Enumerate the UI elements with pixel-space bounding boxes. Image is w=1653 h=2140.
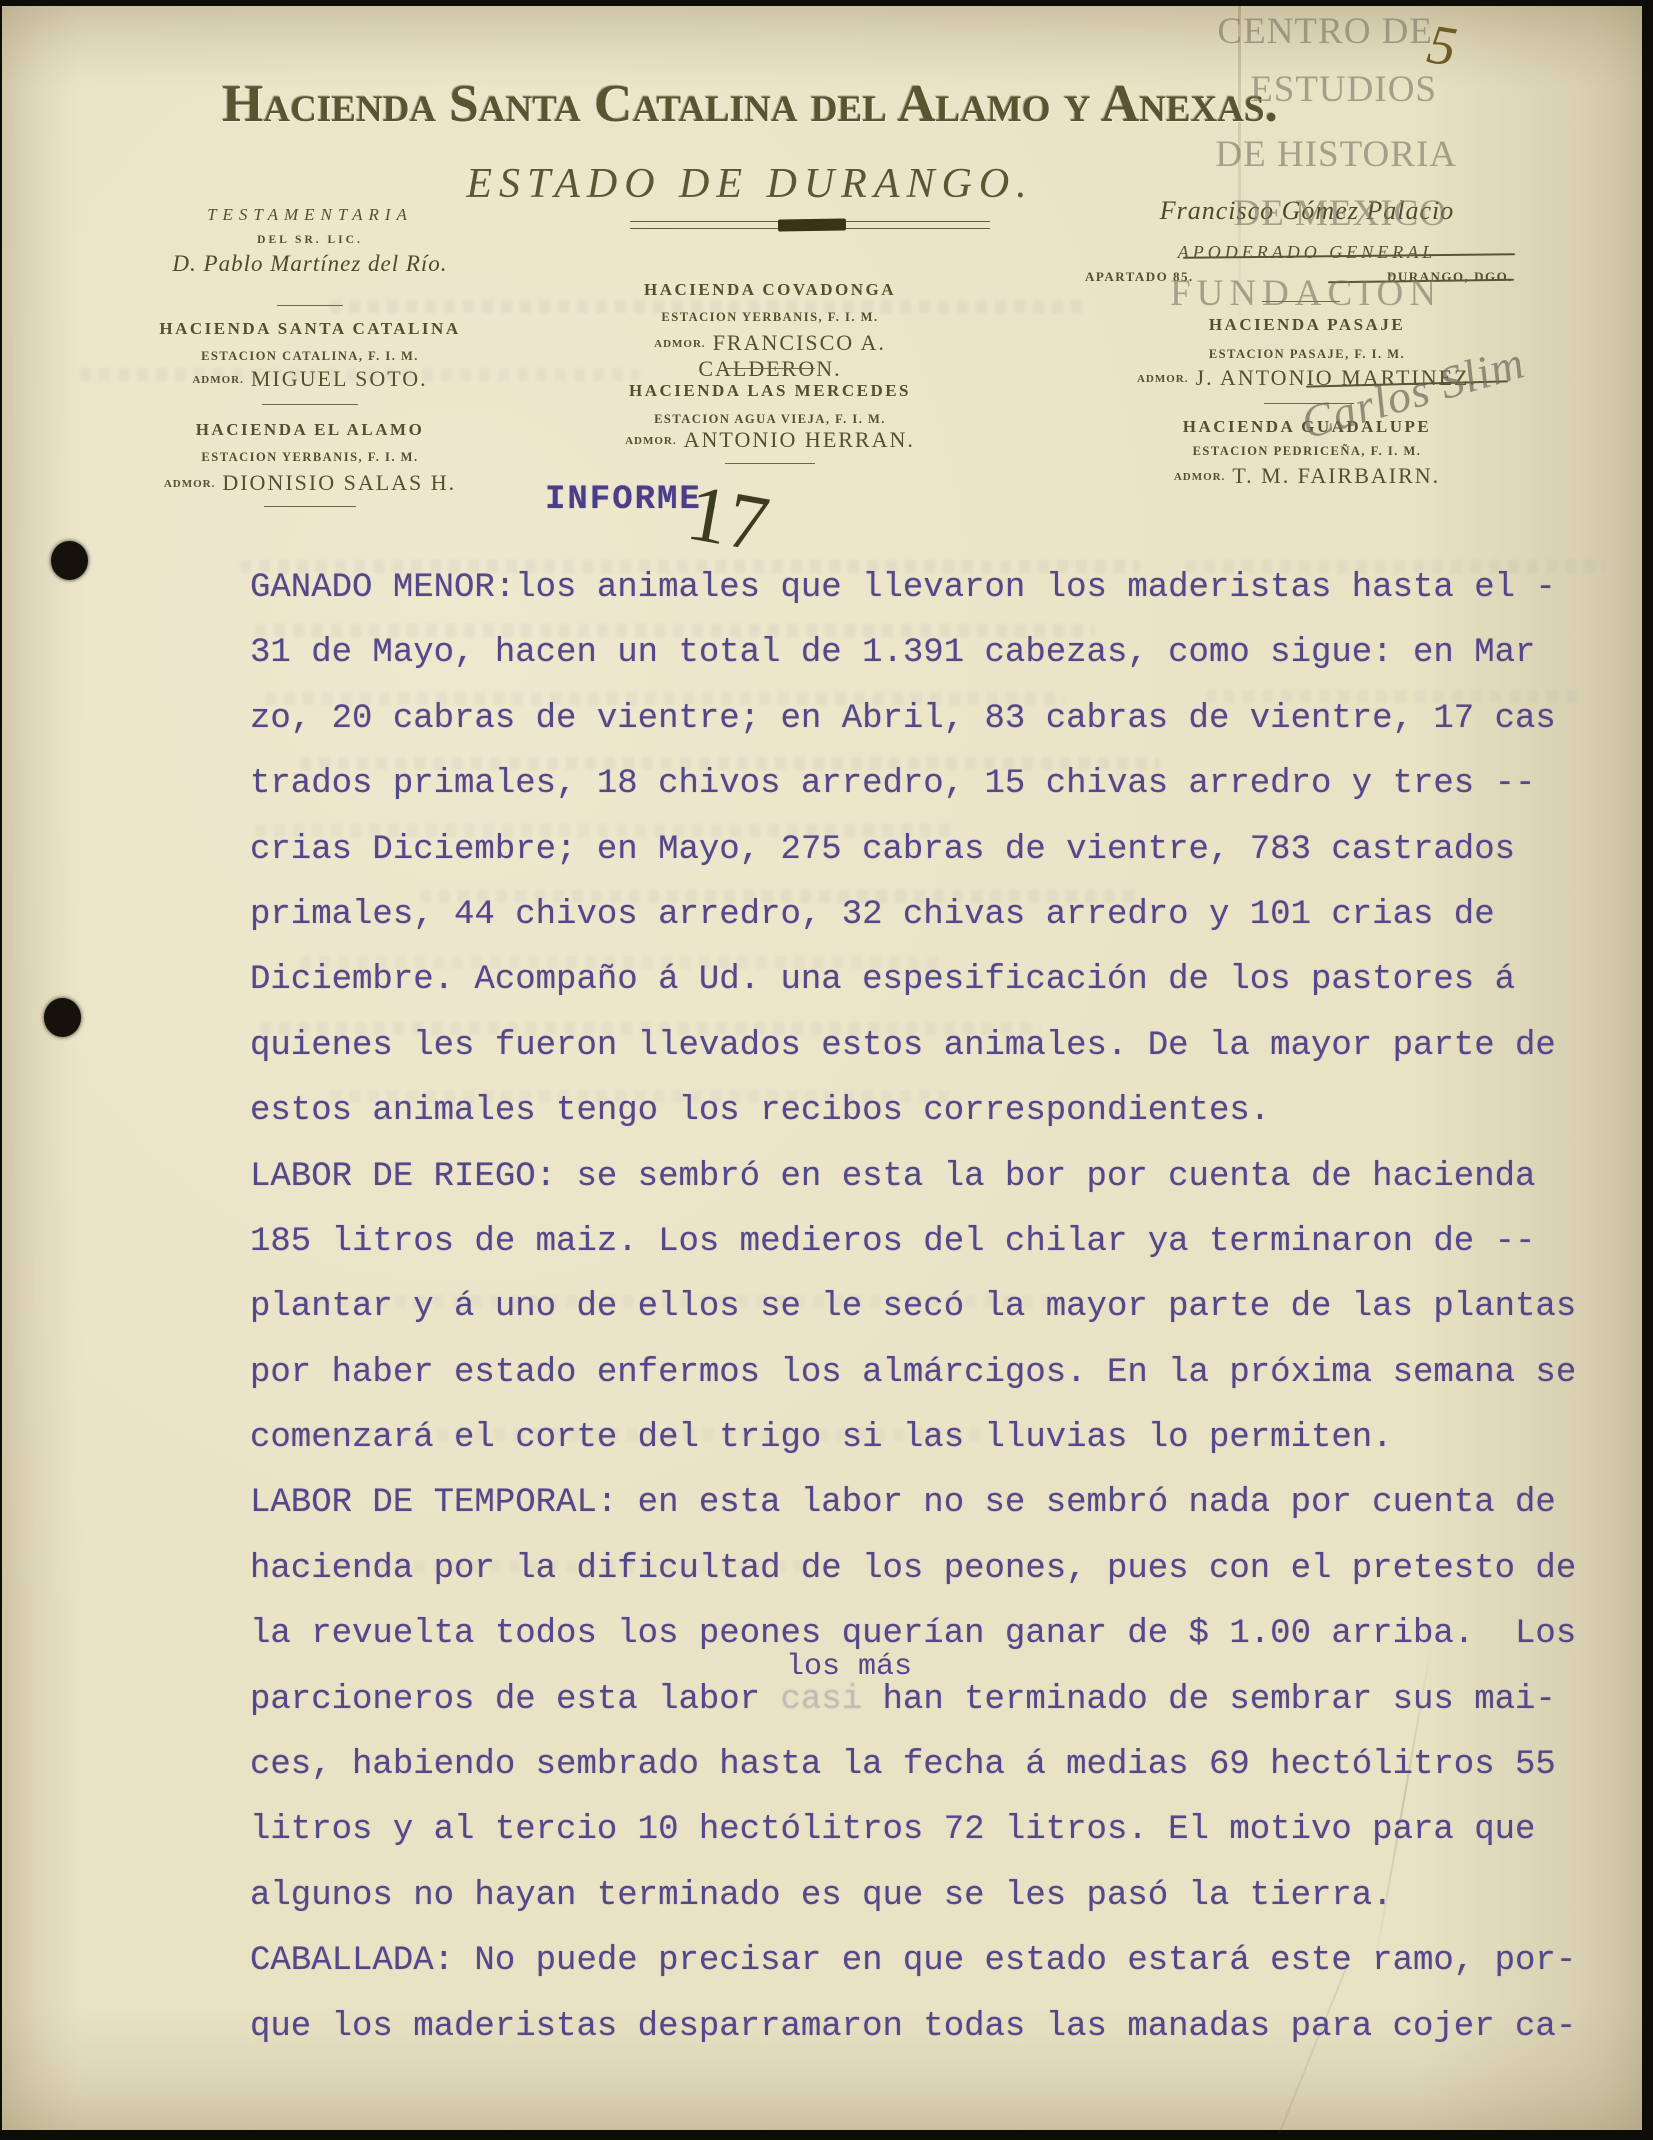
admor-label: ADMOR.	[192, 374, 244, 386]
punch-hole	[44, 998, 81, 1037]
hacienda-admor: ADMOR.T. M. FAIRBAIRN.	[1127, 463, 1487, 489]
body-line: trados primales, 18 chivos arredro, 15 c…	[250, 752, 1615, 817]
body-line: CABALLADA: No puede precisar en que esta…	[250, 1929, 1615, 1994]
watermark-line: FUNDACIÓN	[1170, 272, 1442, 315]
body-line: estos animales tengo los recibos corresp…	[250, 1079, 1615, 1144]
body-line: Diciembre. Acompaño á Ud. una espesifica…	[250, 948, 1615, 1013]
scanned-document: Hacienda Santa Catalina del Alamo y Anex…	[0, 0, 1653, 2140]
body-line: ces, habiendo sembrado hasta la fecha á …	[250, 1733, 1615, 1798]
subtitle-rule	[630, 221, 990, 229]
body-line: 185 litros de maiz. Los medieros del chi…	[250, 1210, 1615, 1275]
document-body: GANADO MENOR:los animales que llevaron l…	[250, 556, 1615, 2060]
testamentaria-label: TESTAMENTARIA	[130, 205, 490, 225]
body-line: hacienda por la dificultad de los peones…	[250, 1537, 1615, 1602]
body-line: crias Diciembre; en Mayo, 275 cabras de …	[250, 818, 1615, 883]
body-line: primales, 44 chivos arredro, 32 chivas a…	[250, 883, 1615, 948]
agent-title: APODERADO GENERAL	[1127, 242, 1487, 263]
watermark-line: ESTUDIOS	[1250, 68, 1437, 111]
hacienda-name: HACIENDA COVADONGA	[590, 280, 950, 300]
body-line: LABOR DE RIEGO: se sembró en esta la bor…	[250, 1145, 1615, 1210]
hacienda-admor: ADMOR.ANTONIO HERRAN.	[590, 427, 950, 453]
admor-name: MIGUEL SOTO.	[251, 366, 428, 391]
hacienda-name: HACIENDA PASAJE	[1127, 315, 1487, 335]
hacienda-station: ESTACION AGUA VIEJA, F. I. M.	[590, 412, 950, 427]
hacienda-name: HACIENDA LAS MERCEDES	[590, 381, 950, 401]
admor-label: ADMOR.	[1174, 471, 1226, 483]
admor-name: ANTONIO HERRAN.	[684, 427, 915, 452]
body-line: algunos no hayan terminado es que se les…	[250, 1864, 1615, 1929]
ink-smudge	[778, 218, 846, 231]
punch-hole	[51, 541, 88, 580]
body-line: zo, 20 cabras de vientre; en Abril, 83 c…	[250, 687, 1615, 752]
body-line: que los maderistas desparramaron todas l…	[250, 1995, 1615, 2060]
body-line: LABOR DE TEMPORAL: en esta labor no se s…	[250, 1471, 1615, 1536]
hacienda-admor: ADMOR.DIONISIO SALAS H.	[130, 470, 490, 496]
divider-rule	[264, 506, 356, 507]
admor-label: ADMOR.	[654, 338, 706, 350]
admor-name: FRANCISCO A. CALDERON.	[698, 330, 885, 381]
hacienda-admor: ADMOR.MIGUEL SOTO.	[130, 366, 490, 392]
hacienda-name: HACIENDA SANTA CATALINA	[130, 319, 490, 339]
hacienda-station: ESTACION PEDRICEÑA, F. I. M.	[1127, 444, 1487, 459]
divider-rule	[277, 305, 343, 306]
line-part: parcioneros de esta labor	[250, 1681, 781, 1719]
body-line: GANADO MENOR:los animales que llevaron l…	[250, 556, 1615, 621]
admor-label: ADMOR.	[625, 435, 677, 447]
letterhead-title: Hacienda Santa Catalina del Alamo y Anex…	[180, 74, 1320, 134]
admor-name: DIONISIO SALAS H.	[222, 470, 456, 495]
divider-rule	[725, 463, 815, 464]
admor-name: T. M. FAIRBAIRN.	[1232, 463, 1440, 488]
body-line: plantar y á uno de ellos se le secó la m…	[250, 1275, 1615, 1340]
line-part: han terminado de sembrar sus mai-	[862, 1681, 1556, 1719]
body-line: quienes les fueron llevados estos animal…	[250, 1014, 1615, 1079]
body-line: por haber estado enfermos los almárcigos…	[250, 1341, 1615, 1406]
hacienda-station: ESTACION CATALINA, F. I. M.	[130, 349, 490, 364]
admor-label: ADMOR.	[164, 478, 216, 490]
admor-label: ADMOR.	[1137, 373, 1189, 385]
body-line-with-erasure: parcioneros de esta labor casi han termi…	[250, 1668, 1615, 1733]
watermark-line: CENTRO DE	[1217, 10, 1433, 53]
body-line: la revuelta todos los peones querían gan…	[250, 1602, 1615, 1667]
executor-name: D. Pablo Martínez del Río.	[130, 251, 490, 277]
erased-word: casi	[781, 1681, 863, 1719]
typed-insertion: los más	[786, 1650, 912, 1684]
del-sr-lic-label: DEL SR. LIC.	[130, 234, 490, 246]
hacienda-name: HACIENDA EL ALAMO	[130, 420, 490, 440]
hacienda-station: ESTACION YERBANIS, F. I. M.	[130, 450, 490, 465]
divider-rule	[262, 404, 358, 405]
divider-rule	[725, 368, 815, 369]
hacienda-station: ESTACION YERBANIS, F. I. M.	[590, 310, 950, 325]
hacienda-admor: ADMOR.FRANCISCO A. CALDERON.	[590, 330, 950, 382]
letterhead-subtitle: ESTADO DE DURANGO.	[430, 160, 1070, 208]
body-line: 31 de Mayo, hacen un total de 1.391 cabe…	[250, 621, 1615, 686]
body-line: comenzará el corte del trigo si las lluv…	[250, 1406, 1615, 1471]
watermark-line: DE MEXICO	[1233, 192, 1447, 235]
body-line: litros y al tercio 10 hectólitros 72 lit…	[250, 1798, 1615, 1863]
watermark-line: DE HISTORIA	[1215, 133, 1457, 176]
